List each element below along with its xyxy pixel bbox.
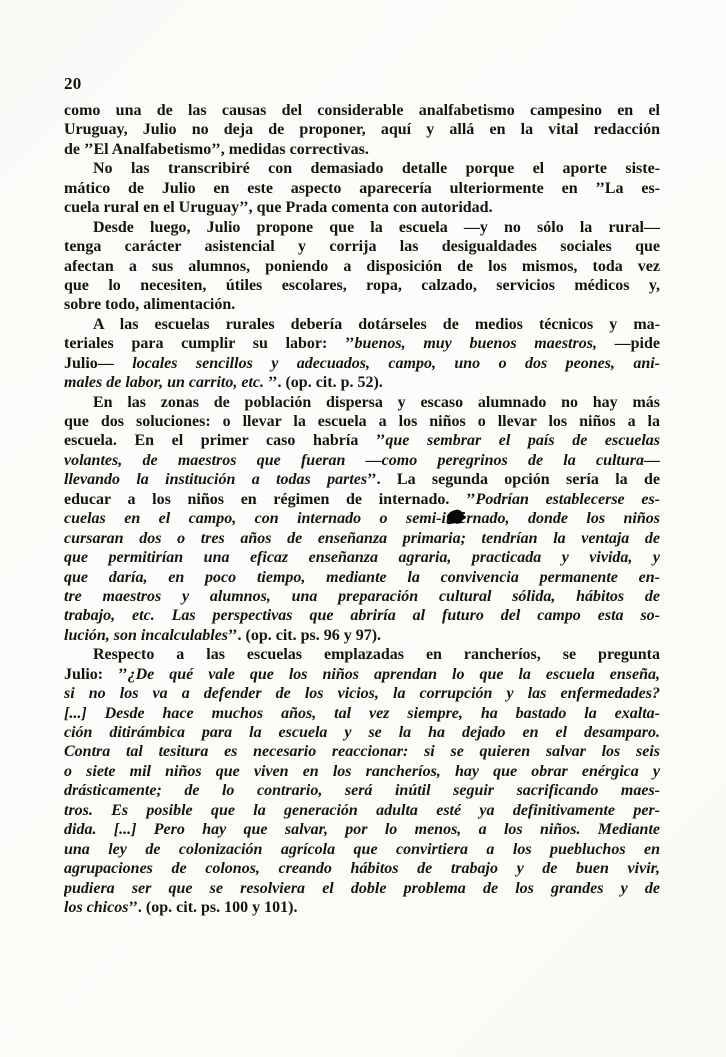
- quoted-italic-text: trabajo, etc. Las perspectivas que abrir…: [64, 607, 660, 624]
- text-line: A las escuelas rurales debería dotársele…: [64, 315, 660, 334]
- text-line: drásticamente; de lo contrario, será inú…: [64, 781, 660, 800]
- quoted-italic-text: Podrían establecerse es-: [476, 491, 660, 508]
- quoted-italic-text: que sembrar el país de escuelas: [385, 432, 660, 449]
- body-text: Desde luego, Julio propone que la escuel…: [93, 219, 660, 236]
- text-line: ción ditirámbica para la escuela y se la…: [64, 723, 660, 742]
- quoted-italic-text: locales sencillos y adecuados, campo, un…: [132, 355, 660, 372]
- body-text: No las transcribiré con demasiado detall…: [93, 160, 660, 177]
- text-line: o siete mil niños que viven en los ranch…: [64, 762, 660, 781]
- text-line: cuelas en el campo, con internado o semi…: [64, 509, 660, 528]
- text-line: que daría, en poco tiempo, mediante la c…: [64, 568, 660, 587]
- body-text: Uruguay, Julio no deja de proponer, aquí…: [64, 121, 660, 138]
- text-line: cursaran dos o tres años de enseñanza pr…: [64, 529, 660, 548]
- body-text: En las zonas de población dispersa y esc…: [93, 394, 660, 411]
- text-line: tros. Es posible que la generación adult…: [64, 801, 660, 820]
- text-line: pudiera ser que se resolviera el doble p…: [64, 879, 660, 898]
- text-line: En las zonas de población dispersa y esc…: [64, 393, 660, 412]
- quoted-italic-text: agrupaciones de colonos, creando hábitos…: [64, 860, 660, 877]
- text-line: que permitirían una eficaz enseñanza agr…: [64, 548, 660, 567]
- text-line: Respecto a las escuelas emplazadas en ra…: [64, 645, 660, 664]
- quoted-italic-text: que permitirían una eficaz enseñanza agr…: [64, 549, 660, 566]
- quoted-italic-text: los chicos: [64, 899, 128, 916]
- paragraph: como una de las causas del considerable …: [64, 101, 660, 159]
- paragraph: Respecto a las escuelas emplazadas en ra…: [64, 645, 660, 917]
- body-text: —pide: [597, 335, 660, 352]
- text-line: Julio— locales sencillos y adecuados, ca…: [64, 354, 660, 373]
- paragraph: En las zonas de población dispersa y esc…: [64, 393, 660, 646]
- quoted-italic-text: que daría, en poco tiempo, mediante la c…: [64, 569, 660, 586]
- book-page: 20 como una de las causas del considerab…: [0, 0, 726, 1057]
- quoted-italic-text: drásticamente; de lo contrario, será inú…: [64, 782, 660, 799]
- text-line: dida. [...] Pero hay que salvar, por lo …: [64, 820, 660, 839]
- quoted-italic-text: ción ditirámbica para la escuela y se la…: [64, 724, 660, 741]
- text-line: Julio: ’’¿De qué vale que los niños apre…: [64, 665, 660, 684]
- text-line: que lo necesiten, útiles escolares, ropa…: [64, 276, 660, 295]
- body-text: Julio: ’’: [64, 666, 128, 683]
- body-text: ’’. (op. cit. ps. 96 y 97).: [228, 627, 381, 644]
- text-line: teriales para cumplir su labor: ’’buenos…: [64, 334, 660, 353]
- text-line: trabajo, etc. Las perspectivas que abrir…: [64, 606, 660, 625]
- body-text: como una de las causas del considerable …: [64, 102, 660, 119]
- quoted-italic-text: buenos, muy buenos maestros,: [355, 335, 597, 352]
- text-line: volantes, de maestros que fueran —como p…: [64, 451, 660, 470]
- quoted-italic-text: dida. [...] Pero hay que salvar, por lo …: [64, 821, 660, 838]
- quoted-italic-text: pudiera ser que se resolviera el doble p…: [64, 880, 660, 897]
- body-text: sobre todo, alimentación.: [64, 296, 235, 313]
- quoted-italic-text: volantes, de maestros que fueran —como p…: [64, 452, 660, 469]
- text-line: tre maestros y alumnos, una preparación …: [64, 587, 660, 606]
- text-line: como una de las causas del considerable …: [64, 101, 660, 120]
- page-number: 20: [64, 74, 82, 93]
- text-line: tenga carácter asistencial y corrija las…: [64, 237, 660, 256]
- body-text: mático de Julio en este aspecto aparecer…: [64, 180, 660, 197]
- body-text: ’’. La segunda opción sería la de: [367, 471, 660, 488]
- body-text: ’’. (op. cit. ps. 100 y 101).: [128, 899, 297, 916]
- text-line: los chicos’’. (op. cit. ps. 100 y 101).: [64, 898, 660, 917]
- quoted-italic-text: tre maestros y alumnos, una preparación …: [64, 588, 660, 605]
- body-text: A las escuelas rurales debería dotársele…: [93, 316, 660, 333]
- body-text: Julio—: [64, 355, 132, 372]
- text-line: [...] Desde hace muchos años, tal vez si…: [64, 704, 660, 723]
- body-text: que dos soluciones: o llevar la escuela …: [64, 413, 660, 430]
- text-line: mático de Julio en este aspecto aparecer…: [64, 179, 660, 198]
- text-line: sobre todo, alimentación.: [64, 295, 660, 314]
- quoted-italic-text: lución, son incalculables: [64, 627, 228, 644]
- quoted-italic-text: [...] Desde hace muchos años, tal vez si…: [64, 705, 660, 722]
- body-text: de ’’El Analfabetismo’’, medidas correct…: [64, 141, 369, 158]
- text-line: agrupaciones de colonos, creando hábitos…: [64, 859, 660, 878]
- quoted-italic-text: males de labor, un carrito, etc.: [64, 374, 264, 391]
- body-text: escuela. En el primer caso habría ’’: [64, 432, 385, 449]
- body-text: que lo necesiten, útiles escolares, ropa…: [64, 277, 660, 294]
- text-line: afectan a sus alumnos, poniendo a dispos…: [64, 257, 660, 276]
- text-line: lución, son incalculables’’. (op. cit. p…: [64, 626, 660, 645]
- body-text: ’’. (op. cit. p. 52).: [264, 374, 383, 391]
- text-line: Uruguay, Julio no deja de proponer, aquí…: [64, 120, 660, 139]
- body-text: cuela rural en el Uruguay’’, que Prada c…: [64, 199, 493, 216]
- quoted-italic-text: si no los va a defender de los vicios, l…: [64, 685, 660, 702]
- quoted-italic-text: cursaran dos o tres años de enseñanza pr…: [64, 530, 660, 547]
- text-line: No las transcribiré con demasiado detall…: [64, 159, 660, 178]
- text-line: de ’’El Analfabetismo’’, medidas correct…: [64, 140, 660, 159]
- body-text: afectan a sus alumnos, poniendo a dispos…: [64, 258, 660, 275]
- text-line: una ley de colonización agrícola que con…: [64, 840, 660, 859]
- quoted-italic-text: o siete mil niños que viven en los ranch…: [64, 763, 660, 780]
- quoted-italic-text: tros. Es posible que la generación adult…: [64, 802, 660, 819]
- quoted-italic-text: Contra tal tesitura es necesario reaccio…: [64, 743, 660, 760]
- quoted-italic-text: una ley de colonización agrícola que con…: [64, 841, 660, 858]
- text-line: llevando la institución a todas partes’’…: [64, 470, 660, 489]
- text-line: educar a los niños en régimen de interna…: [64, 490, 660, 509]
- paragraph: No las transcribiré con demasiado detall…: [64, 159, 660, 217]
- body-text: teriales para cumplir su labor: ’’: [64, 335, 355, 352]
- quoted-italic-text: llevando la institución a todas partes: [64, 471, 367, 488]
- text-line: Desde luego, Julio propone que la escuel…: [64, 218, 660, 237]
- text-line: escuela. En el primer caso habría ’’que …: [64, 431, 660, 450]
- text-line: cuela rural en el Uruguay’’, que Prada c…: [64, 198, 660, 217]
- paragraph: Desde luego, Julio propone que la escuel…: [64, 218, 660, 315]
- quoted-italic-text: ¿De qué vale que los niños aprendan lo q…: [128, 666, 660, 683]
- text-line: si no los va a defender de los vicios, l…: [64, 684, 660, 703]
- text-line: males de labor, un carrito, etc. ’’. (op…: [64, 373, 660, 392]
- body-text: educar a los niños en régimen de interna…: [64, 491, 476, 508]
- quoted-italic-text: cuelas en el campo, con internado o semi…: [64, 510, 660, 527]
- paragraph: A las escuelas rurales debería dotársele…: [64, 315, 660, 393]
- text-line: que dos soluciones: o llevar la escuela …: [64, 412, 660, 431]
- body-text: Respecto a las escuelas emplazadas en ra…: [93, 646, 660, 663]
- text-block: como una de las causas del considerable …: [64, 101, 660, 917]
- body-text: tenga carácter asistencial y corrija las…: [64, 238, 660, 255]
- text-line: Contra tal tesitura es necesario reaccio…: [64, 742, 660, 761]
